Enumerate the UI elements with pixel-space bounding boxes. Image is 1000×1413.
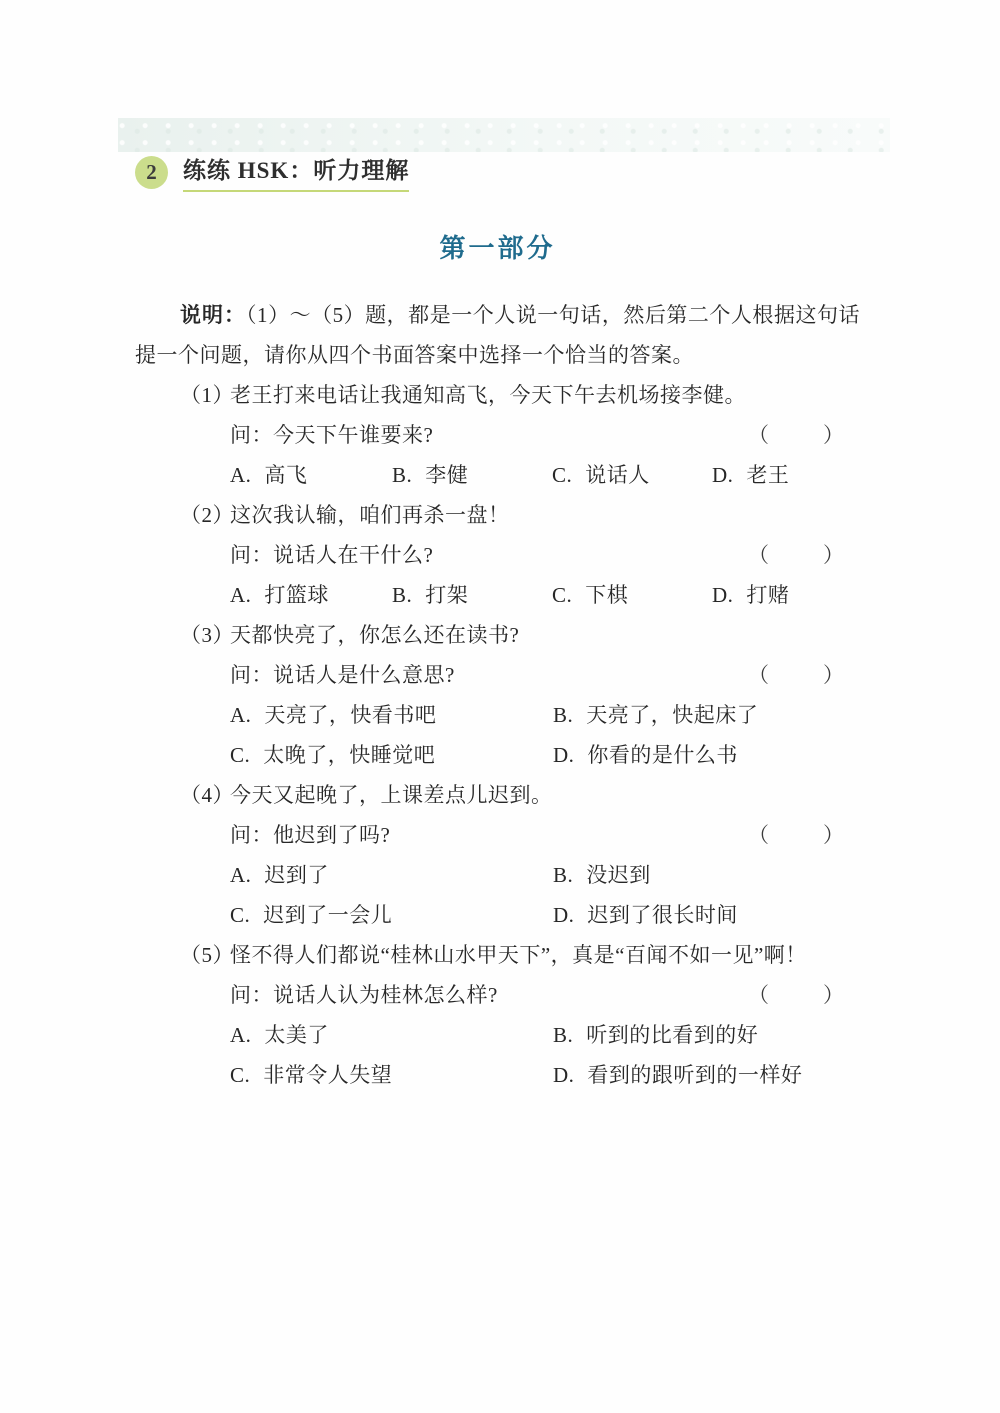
question-prompt: 问：说话人认为桂林怎么样? (230, 975, 498, 1015)
option-text: 没迟到 (586, 863, 651, 887)
option-b[interactable]: B.天亮了，快起床了 (553, 695, 860, 735)
question-statement: 老王打来电话让我通知高飞，今天下午去机场接李健。 (230, 375, 746, 415)
instructions: 说明：（1）～（5）题，都是一个人说一句话，然后第二个人根据这句话提一个问题，请… (135, 295, 860, 375)
option-text: 高飞 (264, 463, 307, 487)
question-block: （4） 今天又起晚了，上课差点儿迟到。 问：他迟到了吗? （ ） A.迟到了B.… (135, 775, 860, 935)
option-a[interactable]: A.迟到了 (230, 855, 553, 895)
option-text: 听到的比看到的好 (586, 1023, 758, 1047)
option-text: 天亮了，快起床了 (586, 703, 758, 727)
option-text: 天亮了，快看书吧 (264, 703, 436, 727)
option-b[interactable]: B.没迟到 (553, 855, 860, 895)
section-number-badge: 2 (135, 156, 168, 189)
question-list: （1） 老王打来电话让我通知高飞，今天下午去机场接李健。 问：今天下午谁要来? … (135, 375, 860, 1095)
question-prompt: 问：说话人在干什么? (230, 535, 433, 575)
option-text: 非常令人失望 (263, 1063, 392, 1087)
question-statement: 天都快亮了，你怎么还在读书? (230, 615, 519, 655)
question-prompt-line: 问：他迟到了吗? （ ） (135, 815, 860, 855)
option-label: C. (230, 743, 250, 767)
question-number: （5） (180, 935, 230, 975)
option-text: 迟到了一会儿 (263, 903, 392, 927)
option-label: A. (230, 863, 251, 887)
option-a[interactable]: A.高飞 (230, 455, 392, 495)
option-d[interactable]: D.老王 (712, 455, 860, 495)
option-label: C. (552, 463, 572, 487)
decorative-header-band (118, 118, 890, 152)
option-c[interactable]: C.太晚了，快睡觉吧 (230, 735, 553, 775)
answer-blank[interactable]: （ ） (748, 975, 848, 1015)
question-prompt: 问：他迟到了吗? (230, 815, 390, 855)
option-label: B. (392, 463, 412, 487)
question-statement: 这次我认输，咱们再杀一盘！ (230, 495, 510, 535)
option-c[interactable]: C.迟到了一会儿 (230, 895, 553, 935)
question-statement-line: （3） 天都快亮了，你怎么还在读书? (135, 615, 860, 655)
worksheet-page: 2 练练 HSK：听力理解 第一部分 说明：（1）～（5）题，都是一个人说一句话… (0, 0, 1000, 1413)
option-a[interactable]: A.太美了 (230, 1015, 553, 1055)
option-text: 李健 (425, 463, 468, 487)
options-group: A.高飞B.李健C.说话人D.老王 (230, 455, 860, 495)
answer-blank[interactable]: （ ） (748, 815, 848, 855)
option-c[interactable]: C.下棋 (552, 575, 712, 615)
options-group: A.打篮球B.打架C.下棋D.打赌 (230, 575, 860, 615)
question-statement-line: （1） 老王打来电话让我通知高飞，今天下午去机场接李健。 (135, 375, 860, 415)
question-prompt-line: 问：说话人认为桂林怎么样? （ ） (135, 975, 860, 1015)
option-label: C. (552, 583, 572, 607)
answer-blank[interactable]: （ ） (748, 415, 848, 455)
question-prompt-line: 问：说话人是什么意思? （ ） (135, 655, 860, 695)
option-label: C. (230, 1063, 250, 1087)
option-label: D. (553, 1063, 574, 1087)
section-header: 2 练练 HSK：听力理解 (135, 152, 860, 192)
option-c[interactable]: C.说话人 (552, 455, 712, 495)
question-prompt-line: 问：说话人在干什么? （ ） (135, 535, 860, 575)
option-text: 老王 (746, 463, 789, 487)
option-label: D. (553, 903, 574, 927)
option-text: 你看的是什么书 (587, 743, 738, 767)
question-number: （4） (180, 775, 230, 815)
option-label: B. (553, 703, 573, 727)
question-statement-line: （2） 这次我认输，咱们再杀一盘！ (135, 495, 860, 535)
option-text: 太美了 (264, 1023, 329, 1047)
option-label: A. (230, 703, 251, 727)
question-number: （2） (180, 495, 230, 535)
option-d[interactable]: D.迟到了很长时间 (553, 895, 860, 935)
option-a[interactable]: A.打篮球 (230, 575, 392, 615)
options-group: A.天亮了，快看书吧B.天亮了，快起床了C.太晚了，快睡觉吧D.你看的是什么书 (230, 695, 860, 775)
question-block: （5） 怪不得人们都说“桂林山水甲天下”，真是“百闻不如一见”啊！ 问：说话人认… (135, 935, 860, 1095)
option-a[interactable]: A.天亮了，快看书吧 (230, 695, 553, 735)
option-text: 打赌 (746, 583, 789, 607)
question-block: （1） 老王打来电话让我通知高飞，今天下午去机场接李健。 问：今天下午谁要来? … (135, 375, 860, 495)
answer-blank[interactable]: （ ） (748, 655, 848, 695)
answer-blank[interactable]: （ ） (748, 535, 848, 575)
question-prompt: 问：说话人是什么意思? (230, 655, 455, 695)
option-d[interactable]: D.你看的是什么书 (553, 735, 860, 775)
option-label: B. (553, 863, 573, 887)
option-label: B. (553, 1023, 573, 1047)
option-text: 说话人 (585, 463, 650, 487)
question-statement: 怪不得人们都说“桂林山水甲天下”，真是“百闻不如一见”啊！ (230, 935, 807, 975)
option-d[interactable]: D.打赌 (712, 575, 860, 615)
options-group: A.太美了B.听到的比看到的好C.非常令人失望D.看到的跟听到的一样好 (230, 1015, 860, 1095)
option-text: 太晚了，快睡觉吧 (263, 743, 435, 767)
instructions-label: 说明： (180, 303, 246, 327)
option-label: D. (712, 583, 733, 607)
option-label: D. (712, 463, 733, 487)
option-label: B. (392, 583, 412, 607)
part-title: 第一部分 (135, 228, 860, 265)
section-title: 练练 HSK：听力理解 (183, 152, 409, 192)
option-text: 打篮球 (264, 583, 329, 607)
option-label: D. (553, 743, 574, 767)
option-label: A. (230, 463, 251, 487)
option-c[interactable]: C.非常令人失望 (230, 1055, 553, 1095)
question-block: （2） 这次我认输，咱们再杀一盘！ 问：说话人在干什么? （ ） A.打篮球B.… (135, 495, 860, 615)
option-text: 看到的跟听到的一样好 (587, 1063, 802, 1087)
question-statement-line: （5） 怪不得人们都说“桂林山水甲天下”，真是“百闻不如一见”啊！ (135, 935, 860, 975)
option-text: 迟到了很长时间 (587, 903, 738, 927)
question-prompt: 问：今天下午谁要来? (230, 415, 433, 455)
option-text: 下棋 (585, 583, 628, 607)
option-b[interactable]: B.听到的比看到的好 (553, 1015, 860, 1055)
option-b[interactable]: B.李健 (392, 455, 552, 495)
question-statement: 今天又起晚了，上课差点儿迟到。 (230, 775, 553, 815)
question-number: （3） (180, 615, 230, 655)
option-label: A. (230, 1023, 251, 1047)
option-label: A. (230, 583, 251, 607)
question-number: （1） (180, 375, 230, 415)
option-d[interactable]: D.看到的跟听到的一样好 (553, 1055, 860, 1095)
question-prompt-line: 问：今天下午谁要来? （ ） (135, 415, 860, 455)
question-block: （3） 天都快亮了，你怎么还在读书? 问：说话人是什么意思? （ ） A.天亮了… (135, 615, 860, 775)
option-label: C. (230, 903, 250, 927)
option-text: 迟到了 (264, 863, 329, 887)
option-text: 打架 (425, 583, 468, 607)
option-b[interactable]: B.打架 (392, 575, 552, 615)
options-group: A.迟到了B.没迟到C.迟到了一会儿D.迟到了很长时间 (230, 855, 860, 935)
question-statement-line: （4） 今天又起晚了，上课差点儿迟到。 (135, 775, 860, 815)
